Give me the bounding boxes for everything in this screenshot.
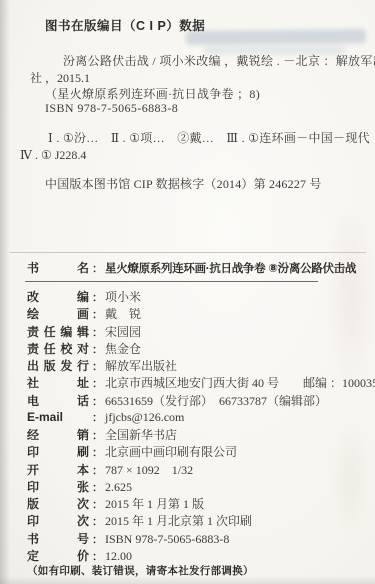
colophon-row: 电话：66531659（发行部） 66733787（编辑部） [27,392,369,409]
label-colon: ： [92,341,103,357]
label-colon: ： [92,479,103,495]
colophon-row: 出版发行：解放军出版社 [27,357,369,374]
colophon-row-label: 责任校对 [27,340,89,357]
label-colon: ： [92,513,103,529]
cip-entry-line-2: 社 ，2015.1 [30,71,90,85]
colophon-row-value: 2015 年 1 月北京第 1 次印刷 [105,514,252,528]
colophon-row-value: 焦金仓 [105,342,141,356]
colophon-row: 书号：ISBN 978-7-5065-6883-8 [27,530,369,547]
colophon-row-value: 北京市西城区地安门西大街 40 号 邮编 ：100035 [105,376,375,390]
colophon-row: 经销：全国新华书店 [27,426,369,443]
colophon-row: 定价：12.00 [27,547,369,564]
label-colon: ： [92,496,103,512]
colophon-row-value: 12.00 [105,549,132,563]
label-colon: ： [92,462,103,478]
colophon-row: 开本：787 × 1092 1/32 [27,461,369,478]
colophon-row: 印张：2.625 [27,478,369,495]
colophon-row-label: 电话 [27,392,89,409]
colophon-row-value: 全国新华书店 [105,428,177,442]
colophon-row: 印刷：北京画中画印刷有限公司 [27,443,369,460]
colophon-row-label: 版次 [27,495,89,512]
ink-showthrough-artifact [186,29,366,45]
label-colon: ： [92,427,103,443]
colophon-row: 印次：2015 年 1 月北京第 1 次印刷 [27,512,369,529]
label-colon: ： [92,444,103,460]
colophon-row-value: 2015 年 1 月第 1 版 [105,497,204,511]
colophon-row-label: 定价 [27,547,89,564]
label-colon: ： [92,393,103,409]
book-title-row: 书名：星火燎原系列连环画·抗日战争卷 ⑧汾离公路伏击战 [27,259,356,276]
colophon-row-label: E-mail [27,410,89,424]
label-colon: ： [92,260,103,276]
colophon-row: 责任校对：焦金仓 [27,340,369,357]
colophon-row-label: 社址 [27,374,89,391]
book-title-label: 书名 [27,259,89,276]
colophon-row: 社址：北京市西城区地安门西大街 40 号 邮编 ：100035 [27,374,369,391]
ink-showthrough-artifact [205,46,345,54]
cip-heading: 图书在版编目（C I P）数据 [45,19,205,33]
label-colon: ： [92,375,103,391]
label-colon: ： [92,531,103,547]
colophon-row: 责任编辑：宋园园 [27,323,369,340]
colophon-row-label: 责任编辑 [27,323,89,340]
cip-isbn: ISBN 978-7-5065-6883-8 [45,101,178,115]
colophon-row-value: 787 × 1092 1/32 [105,463,193,477]
divider-rule-top [10,252,366,253]
colophon-row-label: 印张 [27,478,89,495]
label-colon: ： [92,306,103,322]
colophon-row-value: 2.625 [105,480,132,494]
colophon-row-label: 改编 [27,288,89,305]
scanned-copyright-page: 图书在版编目（C I P）数据 汾离公路伏击战 / 项小米改编 ，戴锐绘 . －… [0,0,375,584]
book-title-value: 星火燎原系列连环画·抗日战争卷 ⑧汾离公路伏击战 [105,263,356,275]
label-colon: ： [92,358,103,374]
cip-classification-line-2: Ⅳ . ① J228.4 [20,148,86,162]
colophon-row-value: 解放军出版社 [105,359,177,373]
colophon-row-value: 项小米 [105,290,141,304]
colophon-row-label: 绘画 [27,305,89,322]
colophon-row: 版次：2015 年 1 月第 1 版 [27,495,369,512]
label-colon: ： [92,548,103,564]
colophon-row: E-mail：jfjcbs@126.com [27,409,369,426]
colophon-row-value: ISBN 978-7-5065-6883-8 [105,532,229,546]
cip-classification-line-1: Ⅰ . ①汾… Ⅱ . ①项… ②戴… Ⅲ . ①连环画－中国－现代 [48,131,370,145]
colophon-row-label: 经销 [27,426,89,443]
colophon-row-label: 出版发行 [27,357,89,374]
colophon-row-label: 印次 [27,512,89,529]
colophon-row: 绘画：戴 锐 [27,305,369,322]
page-edge-shadow [0,0,10,584]
colophon-row-label: 书号 [27,530,89,547]
colophon-row: 改编：项小米 [27,288,369,305]
colophon-rows: 改编：项小米 绘画：戴 锐 责任编辑：宋园园 责任校对：焦金仓 出版发行：解放军… [27,288,369,564]
colophon-note: （如有印刷、装订错误，请寄本社发行部调换） [27,564,254,578]
colophon-row-value: 戴 锐 [105,307,141,321]
divider-rule-bottom [25,281,318,282]
colophon-row-value: 宋园园 [105,325,141,339]
label-colon: ： [92,324,103,340]
colophon-row-label: 印刷 [27,443,89,460]
colophon-row-value: 北京画中画印刷有限公司 [105,445,237,459]
colophon-row-value: 66531659（发行部） 66733787（编辑部） [105,394,327,408]
label-colon: ： [92,409,103,425]
label-colon: ： [92,289,103,305]
colophon-row-label: 开本 [27,461,89,478]
colophon-row-value: jfjcbs@126.com [105,410,184,424]
cip-record-number: 中国版本图书馆 CIP 数据核字（2014）第 246227 号 [45,177,322,191]
cip-series-note: （星火燎原系列连环画·抗日战争卷 ；8) [45,87,260,101]
cip-entry-line-1: 汾离公路伏击战 / 项小米改编 ，戴锐绘 . －北京 ：解放军出版 [63,54,375,68]
